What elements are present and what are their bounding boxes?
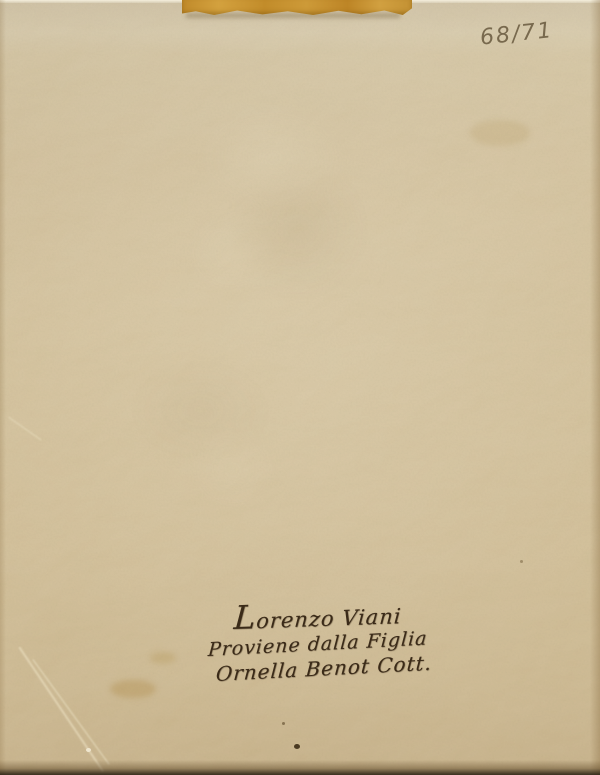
inscription-line-name: Ornella Benot Cott. bbox=[215, 650, 446, 686]
top-edge-shading bbox=[0, 3, 600, 33]
paper-grain-texture bbox=[0, 0, 600, 775]
paper-right-edge bbox=[590, 0, 600, 775]
crease-line bbox=[18, 646, 104, 772]
dark-speck bbox=[294, 744, 300, 749]
dark-speck bbox=[520, 560, 523, 563]
paper-wrinkle-texture bbox=[0, 0, 600, 775]
tape-shadow bbox=[186, 13, 400, 18]
dark-speck bbox=[282, 722, 285, 725]
paper-verso-photo: 68/71 Lorenzo Viani Proviene dalla Figli… bbox=[0, 0, 600, 775]
light-speck bbox=[86, 748, 91, 752]
embossed-ghost-impression bbox=[90, 330, 310, 530]
inscription-line-artist: Lorenzo Viani bbox=[233, 592, 448, 638]
paper-bottom-edge-shadow bbox=[0, 760, 600, 775]
stain-mark bbox=[150, 652, 176, 664]
crease-line bbox=[32, 659, 110, 765]
paper-top-edge bbox=[0, 0, 600, 3]
tape-strip bbox=[182, 0, 412, 15]
paper-left-edge bbox=[0, 0, 6, 775]
crease-line bbox=[8, 416, 42, 441]
stain-mark bbox=[110, 680, 156, 698]
embossed-ghost-impression bbox=[150, 85, 420, 325]
handwritten-inscription: Lorenzo Viani Proviene dalla Figlia Orne… bbox=[196, 599, 446, 686]
inscription-line-provenance: Proviene dalla Figlia bbox=[207, 626, 446, 661]
inventory-number: 68/71 bbox=[479, 18, 551, 50]
stain-mark bbox=[470, 120, 530, 146]
